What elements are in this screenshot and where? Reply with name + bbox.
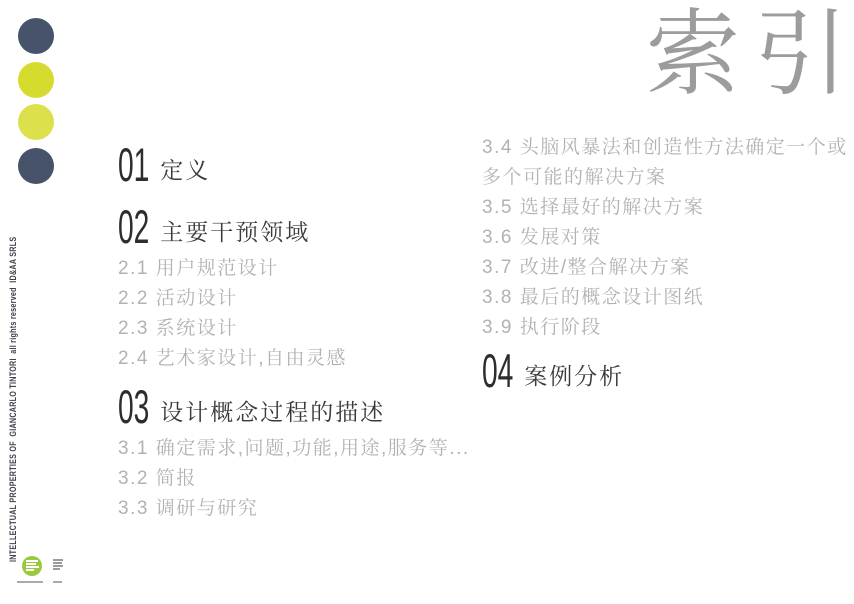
section-03-design-process: 03 设计概念过程的描述 [118,388,385,426]
section-number: 04 [482,352,513,390]
section-label: 设计概念过程的描述 [160,399,385,426]
toc-item-3-6: 3.6 发展对策 [482,223,854,253]
toc-item-2-2: 2.2 活动设计 [118,284,478,314]
toc-item-3-1: 3.1 确定需求,问题,功能,用途,服务等... [118,434,474,464]
toc-item-3-9: 3.9 执行阶段 [482,313,854,343]
logo-text-line [26,566,39,568]
slide-index-page: 索引 01 定义 02 主要干预领域 2.1 用户规范设计 2.2 活动设计 2… [0,0,854,604]
toc-item-3-7: 3.7 改进/整合解决方案 [482,253,854,283]
toc-item-3-2: 3.2 简报 [118,464,474,494]
toc-item-2-3: 2.3 系统设计 [118,314,478,344]
logo-caption-line [53,581,62,583]
section-02-main-areas: 02 主要干预领域 [118,208,310,246]
section-number: 02 [118,208,149,246]
section-number: 03 [118,388,149,426]
navy-dot-icon [18,148,54,184]
section-heading: 04 案例分析 [482,352,624,390]
logo-text-line [53,565,63,567]
toc-item-3-4: 3.4 头脑风暴法和创造性方法确定一个或多个可能的解决方案 [482,133,854,193]
logo-text-line [53,562,62,564]
logo-text-line [53,559,63,561]
toc-item-3-8: 3.8 最后的概念设计图纸 [482,283,854,313]
section-01-definition: 01 定义 [118,146,210,184]
logo-text-line [53,568,60,570]
section-04-case-analysis: 04 案例分析 [482,352,624,390]
logo-text-line [26,569,34,571]
toc-item-2-4: 2.4 艺术家设计,自由灵感 [118,344,478,374]
section-label: 主要干预领域 [160,219,310,246]
section-02-items: 2.1 用户规范设计 2.2 活动设计 2.3 系统设计 2.4 艺术家设计,自… [118,254,478,374]
lime-dot-icon [18,62,54,98]
section-03-items: 3.1 确定需求,问题,功能,用途,服务等... 3.2 简报 3.3 调研与研… [118,434,474,524]
section-label: 定义 [160,157,210,184]
navy-dot-icon [18,18,54,54]
logo-text-line [26,560,38,562]
rights-vertical-text: INTELLECTUAL PROPERTIES OF GIANCARLO TIN… [8,237,18,562]
logo-side-text [53,559,63,571]
section-heading: 02 主要干预领域 [118,208,310,246]
idaa-logo [0,550,90,595]
section-number: 01 [118,146,149,184]
section-label: 案例分析 [524,363,624,390]
toc-item-3-3: 3.3 调研与研究 [118,494,474,524]
logo-green-circle-icon [22,556,42,576]
toc-item-3-5: 3.5 选择最好的解决方案 [482,193,854,223]
lime-dot-icon [18,104,54,140]
section-heading: 03 设计概念过程的描述 [118,388,385,426]
page-title: 索引 [646,0,854,114]
section-03-items-continued: 3.4 头脑风暴法和创造性方法确定一个或多个可能的解决方案 3.5 选择最好的解… [482,133,854,343]
logo-text-line [26,563,36,565]
toc-item-2-1: 2.1 用户规范设计 [118,254,478,284]
section-heading: 01 定义 [118,146,210,184]
logo-caption-line [17,581,43,583]
